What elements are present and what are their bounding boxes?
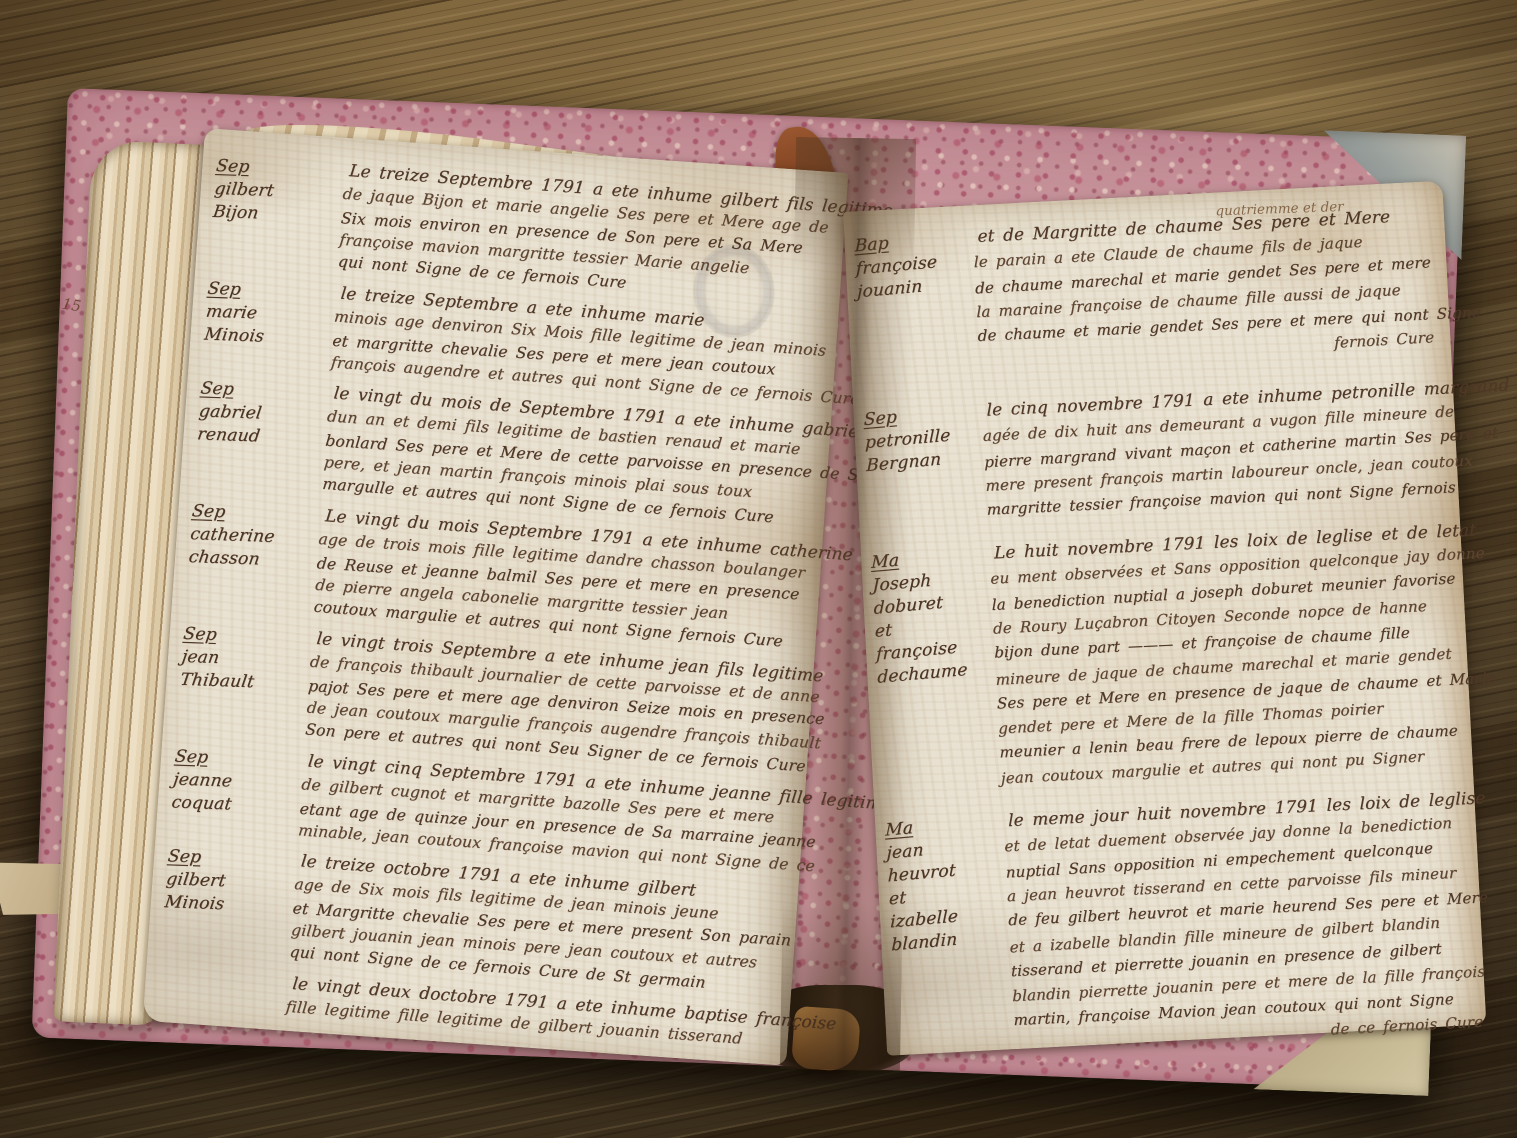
handwriting-line: Thibault bbox=[179, 669, 305, 696]
entry-text: Le huit novembre 1791 les loix de leglis… bbox=[988, 516, 1500, 792]
margin-note: SepmarieMinois bbox=[202, 274, 330, 374]
handwriting-line: chasson bbox=[187, 546, 313, 573]
handwriting-line: renaud bbox=[196, 423, 322, 450]
entry-text: le cinq novembre 1791 a ete inhume petro… bbox=[981, 371, 1515, 523]
margin-note: SepgilbertMinois bbox=[161, 841, 291, 964]
margin-note: Sepjeannecoquat bbox=[170, 741, 298, 841]
page-left-entries: SepgilbertBijon Le treize Septembre 1791… bbox=[143, 128, 848, 1054]
margin-note: SepjeanThibault bbox=[177, 619, 307, 742]
page-left: SepgilbertBijon Le treize Septembre 1791… bbox=[143, 128, 849, 1066]
page-right-entries: Bapfrançoisejouanin et de Margritte de c… bbox=[843, 181, 1487, 1066]
handwriting-line: coquat bbox=[170, 792, 296, 819]
page-right: quatriemme et der Bapfrançoisejouanin et… bbox=[843, 181, 1486, 1056]
register-entry: Majeanheuvrotetizabelleblandin le meme j… bbox=[885, 786, 1467, 1065]
register-entry: SeppetronilleBergnan le cinq novembre 17… bbox=[863, 375, 1439, 530]
margin-note: Bapfrançoisejouanin bbox=[854, 226, 974, 382]
register-entry: MaJosephdoburetetfrançoisedechaume Le hu… bbox=[871, 518, 1453, 797]
handwriting-line: Bijon bbox=[211, 201, 337, 228]
margin-note: Sepcatherinechasson bbox=[185, 496, 315, 619]
margin-note: MaJosephdoburetetfrançoisedechaume bbox=[871, 542, 996, 798]
margin-note bbox=[157, 964, 282, 1018]
handwriting-line: Minois bbox=[203, 324, 329, 351]
margin-note: Sepgabrielrenaud bbox=[194, 373, 324, 496]
handwriting-line: Minois bbox=[163, 891, 289, 918]
entry-text: et de Margritte de chaume Ses pere et Me… bbox=[972, 199, 1483, 375]
margin-note: SeppetronilleBergnan bbox=[863, 399, 981, 530]
folio-number: 15 bbox=[61, 295, 83, 316]
manuscript-photo: 15 SepgilbertBijon Le treize Septembre 1… bbox=[0, 0, 1517, 1138]
margin-note: Majeanheuvrotetizabelleblandin bbox=[885, 810, 1010, 1066]
register-entry: Bapfrançoisejouanin et de Margritte de c… bbox=[854, 202, 1431, 382]
margin-note: SepgilbertBijon bbox=[209, 151, 339, 274]
entry-text: le meme jour huit novembre 1791 les loix… bbox=[1002, 784, 1497, 1059]
